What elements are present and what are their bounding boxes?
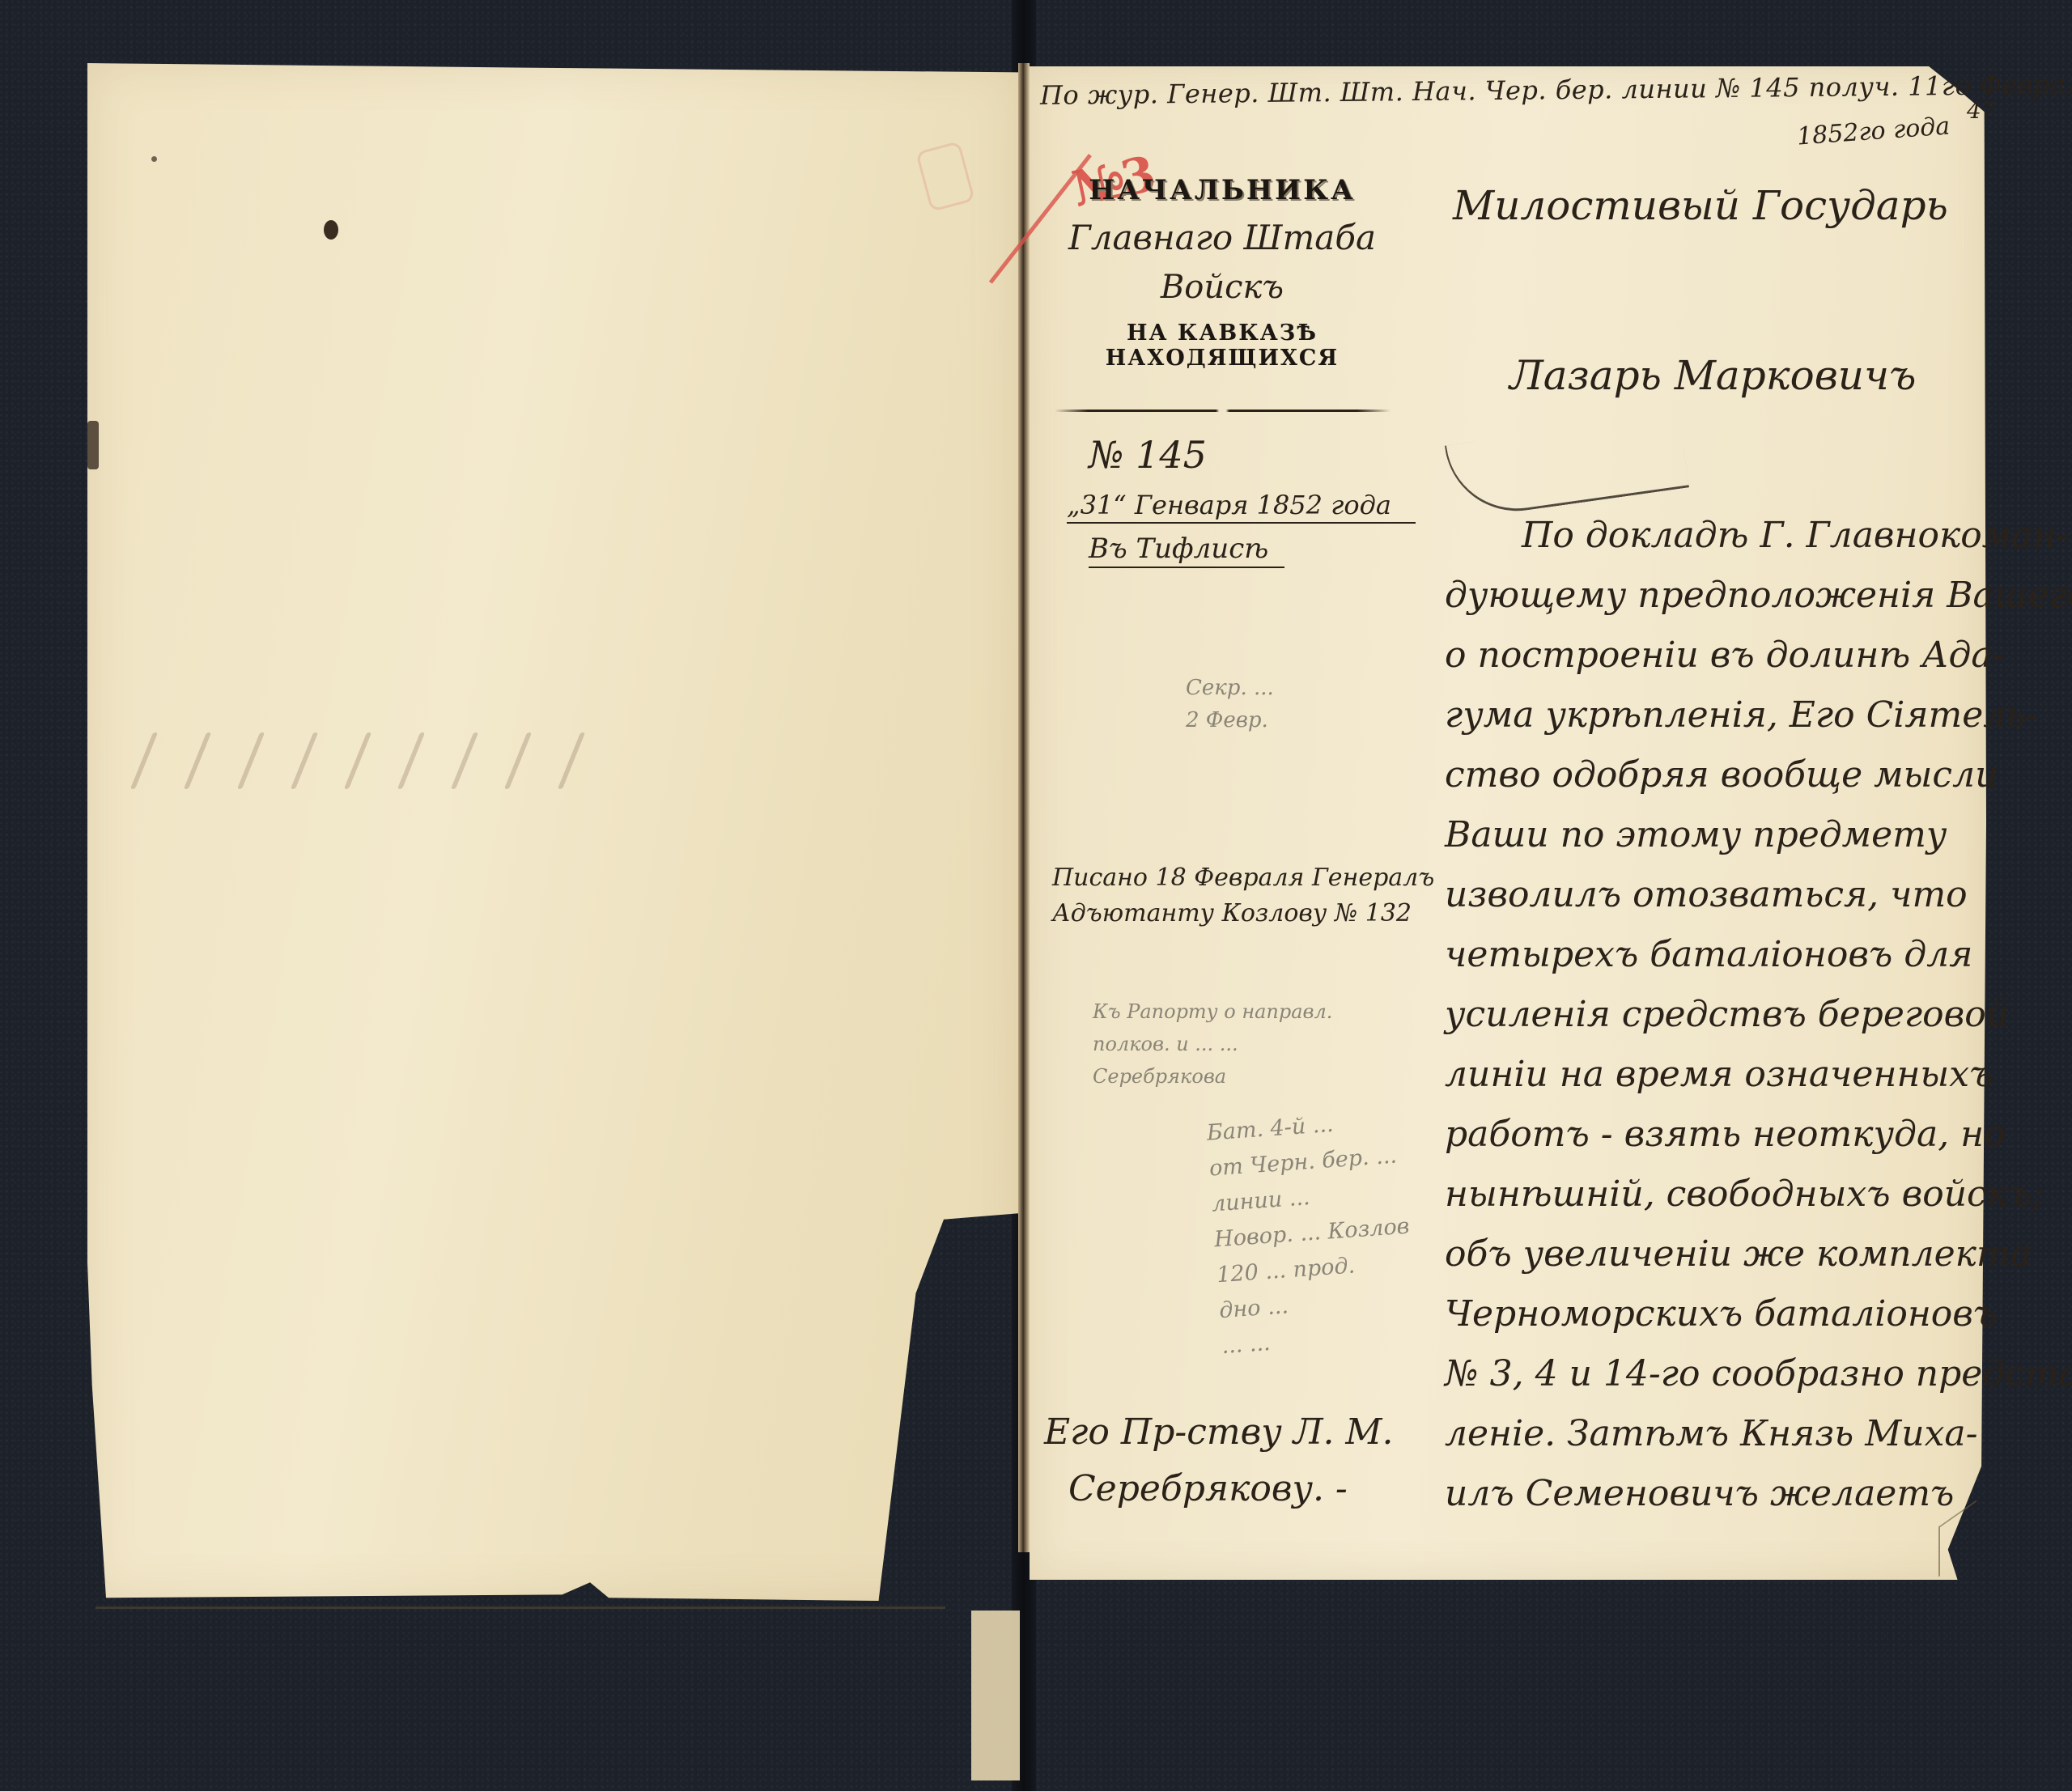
body-line: четырехъ баталіоновъ для (1445, 925, 1979, 985)
recipient-line: Его Пр-ству Л. М. Серебрякову. - (1044, 1404, 1393, 1517)
body-line: гума укрѣпленія, Его Сіятель- (1445, 685, 1979, 745)
body-line: нынѣшній, свободныхъ войскъ; (1445, 1165, 1979, 1224)
document-number: № 145 (1089, 433, 1207, 477)
letterhead-line-3: Войскъ (1036, 269, 1408, 306)
ink-stain (87, 421, 99, 469)
left-page (87, 63, 1018, 1601)
body-line: илъ Семеновичъ желаетъ (1445, 1464, 1979, 1524)
salutation: Милостивый Государь (1453, 182, 1948, 229)
body-line: № 3, 4 и 14-го сообразно представ- (1445, 1344, 1979, 1404)
body-line: дующему предположенія Вашего (1445, 566, 1979, 626)
pencil-note-1: Секр. ... 2 Февр. (1186, 672, 1274, 736)
letterhead: НАЧАЛЬНИКА Главнаго Штаба Войскъ НА КАВК… (1036, 174, 1408, 412)
document-date: „31“ Генваря 1852 года (1067, 490, 1416, 524)
letterhead-rule (1055, 410, 1391, 412)
body-line: объ увеличеніи же комплекта (1445, 1224, 1979, 1284)
spine-gutter (1018, 63, 1030, 1552)
letterhead-line-2: Главнаго Штаба (1036, 218, 1408, 257)
body-line: линіи на время означенныхъ (1445, 1045, 1979, 1105)
body-line: изволилъ отозваться, что (1445, 865, 1979, 925)
ink-dot (151, 156, 157, 162)
letterhead-line-1: НАЧАЛЬНИКА (1036, 174, 1408, 206)
side-note: Писано 18 Февраля Генералъ Адъютанту Коз… (1052, 860, 1434, 932)
ink-blot (324, 220, 338, 240)
pencil-note-2: Къ Рапорту о направл. полков. и ... ... … (1093, 995, 1332, 1093)
folio-number: 47 (1967, 97, 1996, 124)
body-line: ство одобряя вообще мысли (1445, 745, 1979, 805)
body-line: о построеніи въ долинѣ Ада- (1445, 626, 1979, 685)
body-line: усиленія средствъ береговой (1445, 985, 1979, 1045)
fold-crease (96, 1606, 945, 1609)
body-line: Ваши по этому предмету (1445, 805, 1979, 865)
document-place: Въ Тифлисѣ (1089, 533, 1284, 568)
body-line: Черноморскихъ баталіоновъ (1445, 1284, 1979, 1344)
addressee-name: Лазарь Марковичъ (1509, 352, 1916, 399)
underlying-sheet-edge (971, 1611, 1020, 1780)
letter-body: По докладѣ Г. Главнокоман- дующему предп… (1445, 506, 1979, 1524)
letterhead-line-4: НА КАВКАЗѢ НАХОДЯЩИХСЯ (1036, 320, 1408, 371)
bleed-through-marks (142, 732, 574, 789)
pencil-note-3: Бат. 4-й ... от Черн. бер. ... линии ...… (1206, 1102, 1418, 1364)
body-line: работъ - взять неоткуда, но (1445, 1105, 1979, 1165)
body-line: По докладѣ Г. Главнокоман- (1445, 506, 1979, 566)
body-line: леніе. Затѣмъ Князь Миха- (1445, 1404, 1979, 1464)
